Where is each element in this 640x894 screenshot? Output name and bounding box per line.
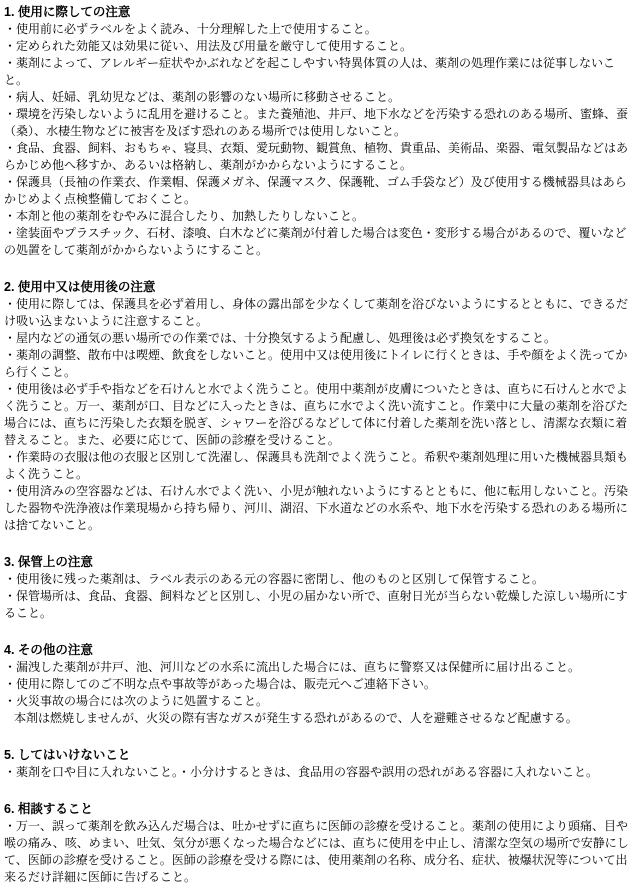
section-title: 4. その他の注意	[4, 641, 636, 659]
precaution-item: ・使用に際しては、保護具を必ず着用し、身体の露出部を少なくして薬剤を浴びないよう…	[4, 296, 636, 330]
precaution-item: ・塗装面やプラスチック、石材、漆喰、白木などに薬剤が付着した場合は変色・変形する…	[4, 225, 636, 259]
item-continuation-line: 本剤は燃焼しませんが、火災の際有害なガスが発生する恐れがあるので、人を避難させる…	[4, 710, 636, 727]
section-title: 1. 使用に際しての注意	[4, 3, 636, 21]
precaution-item: ・火災事故の場合には次のように処置すること。	[4, 693, 636, 710]
precaution-item: ・食品、食器、飼料、おもちゃ、寝具、衣類、愛玩動物、観賞魚、植物、貴重品、美術品…	[4, 140, 636, 174]
section-6: 6. 相談すること・万一、誤って薬剤を飲み込んだ場合は、吐かせずに直ちに医師の診…	[4, 800, 636, 886]
section-1: 1. 使用に際しての注意・使用前に必ずラベルをよく読み、十分理解した上で使用する…	[4, 3, 636, 259]
precaution-item: ・薬剤によって、アレルギー症状やかぶれなどを起こしやすい特異体質の人は、薬剤の処…	[4, 55, 636, 89]
precaution-item: ・使用済みの空容器などは、石けん水でよく洗い、小児が触れないようにするとともに、…	[4, 483, 636, 534]
section-5: 5. してはいけないこと・薬剤を口や目に入れないこと。・小分けするときは、食品用…	[4, 746, 636, 781]
precaution-item: ・漏洩した薬剤が井戸、池、河川などの水系に流出した場合には、直ちに警察又は保健所…	[4, 659, 636, 676]
precaution-item: ・使用後は必ず手や指などを石けんと水でよく洗うこと。使用中薬剤が皮膚についたとき…	[4, 381, 636, 449]
section-title: 3. 保管上の注意	[4, 553, 636, 571]
precaution-item: ・使用後に残った薬剤は、ラベル表示のある元の容器に密閉し、他のものと区別して保管…	[4, 571, 636, 588]
precaution-item: ・保護具（長袖の作業衣、作業帽、保護メガネ、保護マスク、保護靴、ゴム手袋など）及…	[4, 174, 636, 208]
section-4: 4. その他の注意・漏洩した薬剤が井戸、池、河川などの水系に流出した場合には、直…	[4, 641, 636, 727]
precaution-item: ・保管場所は、食品、食器、飼料などと区別し、小児の届かない所で、直射日光が当らな…	[4, 588, 636, 622]
precaution-item: ・環境を汚染しないように乱用を避けること。また養殖池、井戸、地下水などを汚染する…	[4, 106, 636, 140]
precaution-item: ・薬剤を口や目に入れないこと。・小分けするときは、食品用の容器や誤用の恐れがある…	[4, 764, 636, 781]
precaution-item: ・病人、妊婦、乳幼児などは、薬剤の影響のない場所に移動させること。	[4, 89, 636, 106]
precaution-item: ・使用前に必ずラベルをよく読み、十分理解した上で使用すること。	[4, 21, 636, 38]
precaution-item: ・本剤と他の薬剤をむやみに混合したり、加熱したりしないこと。	[4, 208, 636, 225]
precaution-item: ・定められた効能又は効果に従い、用法及び用量を厳守して使用すること。	[4, 38, 636, 55]
section-2: 2. 使用中又は使用後の注意・使用に際しては、保護具を必ず着用し、身体の露出部を…	[4, 278, 636, 534]
precaution-item: ・万一、誤って薬剤を飲み込んだ場合は、吐かせずに直ちに医師の診療を受けること。薬…	[4, 818, 636, 886]
section-title: 6. 相談すること	[4, 800, 636, 818]
precautions-document: 1. 使用に際しての注意・使用前に必ずラベルをよく読み、十分理解した上で使用する…	[0, 0, 640, 894]
precaution-item: ・作業時の衣服は他の衣服と区別して洗濯し、保護具も洗剤でよく洗うこと。希釈や薬剤…	[4, 449, 636, 483]
section-title: 5. してはいけないこと	[4, 746, 636, 764]
precaution-item: ・使用に際してのご不明な点や事故等があった場合は、販売元へご連絡下さい。	[4, 676, 636, 693]
section-3: 3. 保管上の注意・使用後に残った薬剤は、ラベル表示のある元の容器に密閉し、他の…	[4, 553, 636, 622]
precaution-item: ・屋内などの通気の悪い場所での作業では、十分換気するよう配慮し、処理後は必ず換気…	[4, 330, 636, 347]
precaution-item: ・薬剤の調整、散布中は喫煙、飲食をしないこと。使用中又は使用後にトイレに行くとき…	[4, 347, 636, 381]
section-title: 2. 使用中又は使用後の注意	[4, 278, 636, 296]
